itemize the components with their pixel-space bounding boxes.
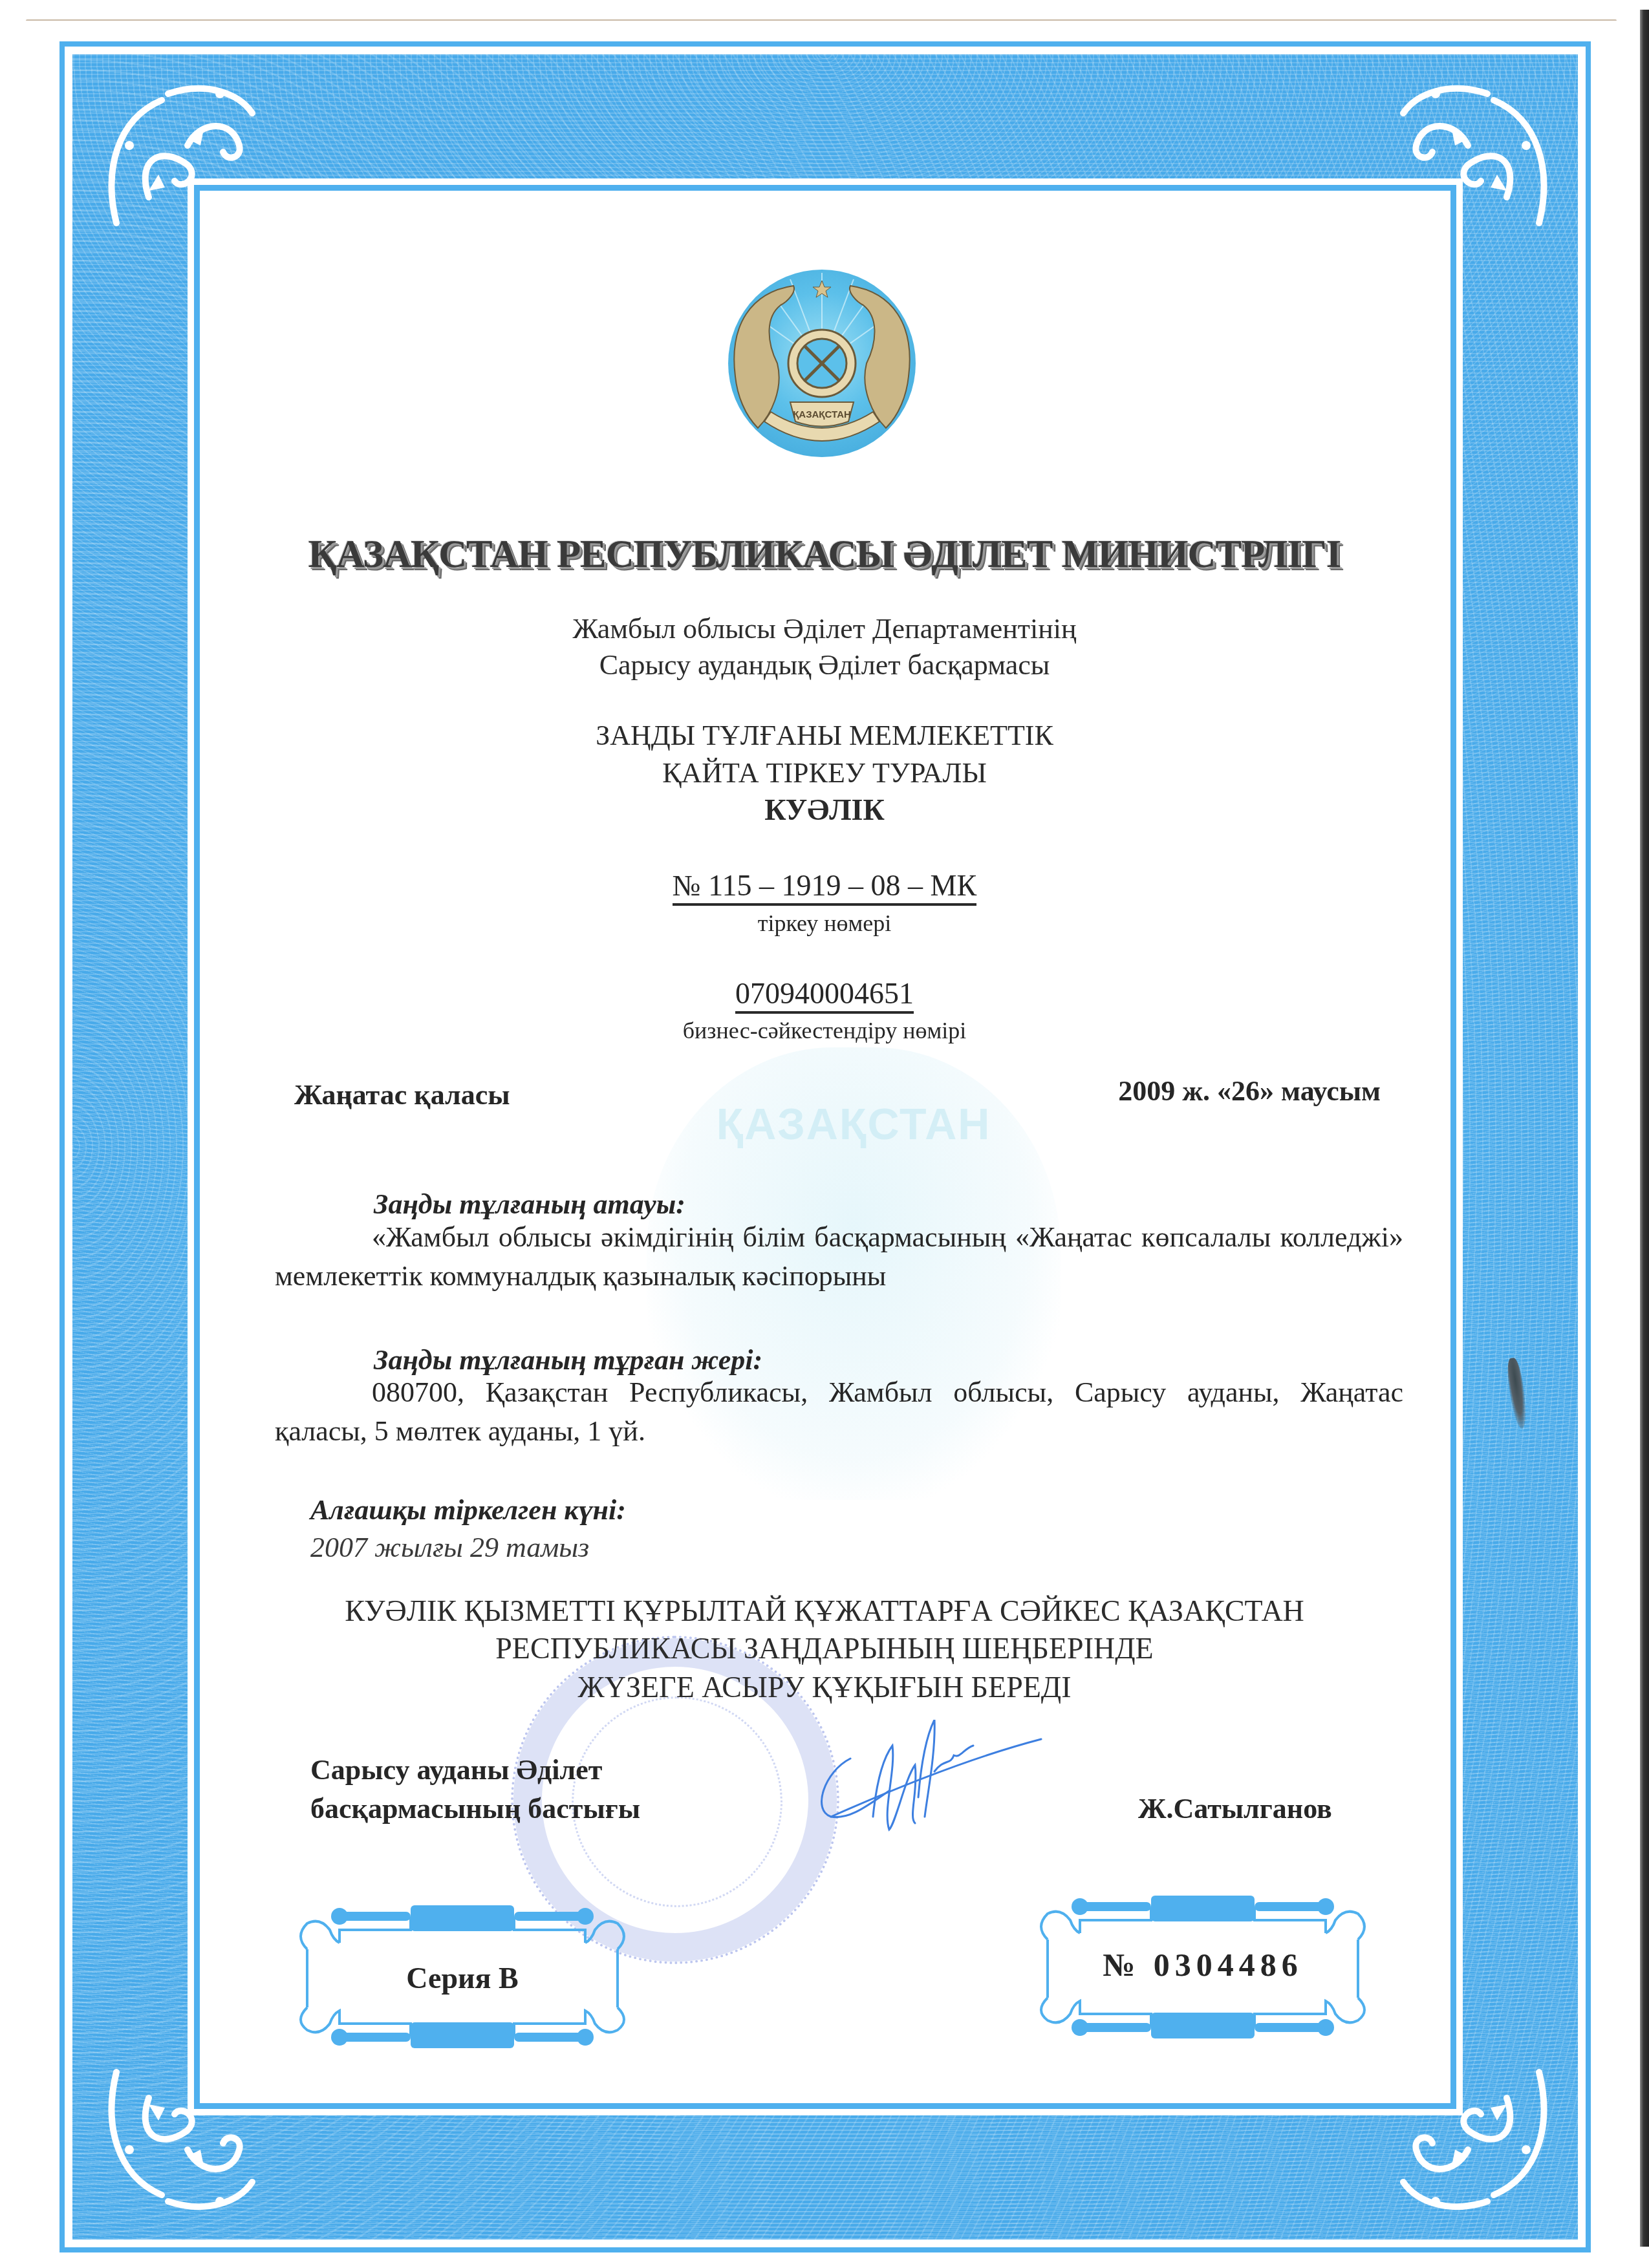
svg-text:ҚАЗАҚСТАН: ҚАЗАҚСТАН (793, 409, 851, 420)
series-label: Серия В (294, 1961, 630, 1995)
registration-number-label: тіркеу нөмері (0, 910, 1649, 937)
issue-place: Жаңатас қаласы (294, 1078, 510, 1111)
form-number: № 0304486 (1035, 1946, 1371, 1984)
registration-number-value: № 115 – 1919 – 08 – МК (673, 869, 976, 906)
certificate-content: ҚАЗАҚСТАН ҚАЗАҚСТАН ҚАЗАҚСТАН РЕСПУБ (0, 0, 1649, 2268)
ministry-title: ҚАЗАҚСТАН РЕСПУБЛИКАСЫ ӘДІЛЕТ МИНИСТРЛІГ… (17, 531, 1633, 577)
legal-address-text: 080700, Қазақстан Республикасы, Жамбыл о… (275, 1376, 1403, 1447)
state-emblem-icon: ҚАЗАҚСТАН (719, 266, 925, 460)
rights-statement-line: РЕСПУБЛИКАСЫ ЗАҢДАРЫНЫҢ ШЕҢБЕРІНДЕ (0, 1631, 1649, 1665)
signer-name: Ж.Сатылганов (1138, 1792, 1332, 1825)
legal-address-label: Заңды тұлғаның тұрған жері: (374, 1343, 762, 1376)
issuer-office: Сарысу аудандық Әділет басқармасы (0, 648, 1649, 681)
signer-title-line: басқармасының бастығы (310, 1792, 640, 1825)
signer-title-line: Сарысу ауданы Әділет (310, 1753, 602, 1786)
first-registration-label: Алғашқы тіркелген күні: (310, 1493, 626, 1526)
legal-entity-name-text: «Жамбыл облысы әкімдігінің білім басқарм… (275, 1221, 1403, 1292)
signature-icon (812, 1720, 1044, 1836)
form-number-cartouche: № 0304486 (1035, 1894, 1371, 2040)
business-id-value: 070940004651 (735, 977, 914, 1014)
first-registration-date: 2007 жылғы 29 тамыз (310, 1531, 589, 1564)
rights-statement-line: КУӘЛІК ҚЫЗМЕТТІ ҚҰРЫЛТАЙ ҚҰЖАТТАРҒА СӘЙК… (0, 1594, 1649, 1628)
certificate-title-main: КУӘЛІК (0, 793, 1649, 827)
business-id-number: 070940004651 (0, 976, 1649, 1011)
issuer-department: Жамбыл облысы Әділет Департаментінің (0, 612, 1649, 645)
series-cartouche: Серия В (294, 1904, 630, 2049)
certificate-title-line: ЗАҢДЫ ТҰЛҒАНЫ МЕМЛЕКЕТТІК (0, 719, 1649, 752)
legal-entity-name-label: Заңды тұлғаның атауы: (374, 1188, 685, 1221)
rights-statement-line: ЖҮЗЕГЕ АСЫРУ ҚҰҚЫҒЫН БЕРЕДІ (0, 1670, 1649, 1704)
legal-entity-name-value: «Жамбыл облысы әкімдігінің білім басқарм… (275, 1218, 1403, 1296)
registration-number: № 115 – 1919 – 08 – МК (0, 868, 1649, 903)
watermark-text: ҚАЗАҚСТАН (685, 1099, 1022, 1150)
issue-date: 2009 ж. «26» маусым (1118, 1075, 1381, 1107)
business-id-label: бизнес-сәйкестендіру нөмірі (0, 1017, 1649, 1044)
legal-address-value: 080700, Қазақстан Республикасы, Жамбыл о… (275, 1373, 1403, 1451)
certificate-title-line: ҚАЙТА ТІРКЕУ ТУРАЛЫ (0, 756, 1649, 789)
